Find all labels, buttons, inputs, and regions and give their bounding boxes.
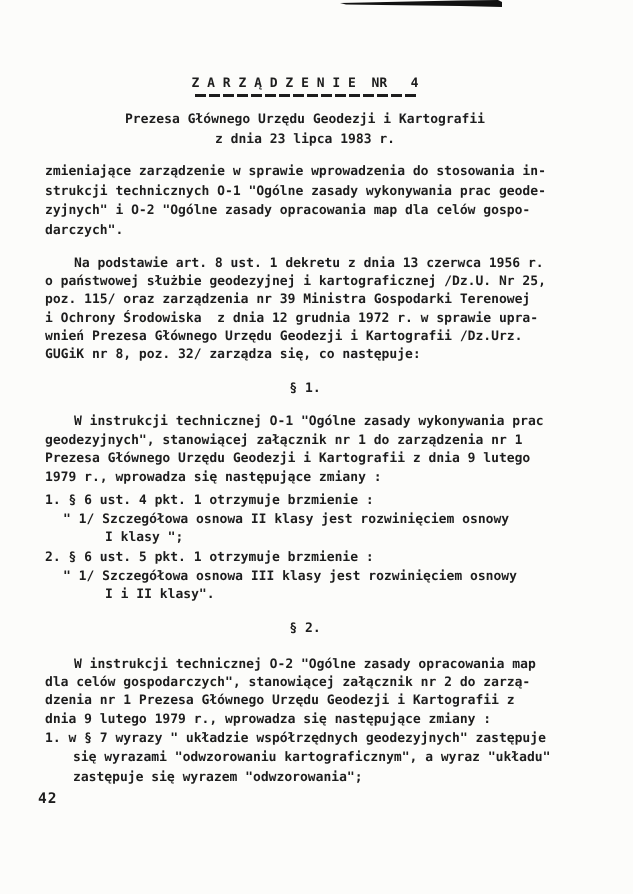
text-line: i Ochrony Środowiska z dnia 12 grudnia 1… [45,310,590,328]
text-line: I klasy "; [45,529,590,548]
text-line: poz. 115/ oraz zarządzenia nr 39 Ministr… [45,291,590,309]
text-line: zmieniające zarządzenie w sprawie wprowa… [45,162,590,182]
text-line: Prezesa Głównego Urzędu Geodezji i Karto… [45,450,590,469]
text-line: dla celów gospodarczych", stanowiącej za… [45,674,590,692]
text-line: zyjnych" i O-2 "Ogólne zasady opracowani… [45,201,590,221]
document-page: Z A R Z Ą D Z E N I E NR 4 Prezesa Główn… [0,0,633,894]
text-line: 1. § 6 ust. 4 pkt. 1 otrzymuje brzmienie… [45,492,590,511]
section-2-item-1: 1. w § 7 wyrazy " układzie współrzędnych… [45,729,590,787]
section-1-body: W instrukcji technicznej O-1 "Ogólne zas… [45,413,590,487]
text-line: 1. w § 7 wyrazy " układzie współrzędnych… [45,729,590,748]
text-line: wnień Prezesa Głównego Urzędu Geodezji i… [45,328,590,346]
text-line: geodezyjnych", stanowiącej załącznik nr … [45,432,590,451]
text-line: o państwowej służbie geodezyjnej i karto… [45,273,590,291]
text-line: zastępuje się wyrazem "odwzorowania"; [45,768,590,787]
text-line: W instrukcji technicznej O-2 "Ogólne zas… [45,656,590,674]
text-line: " 1/ Szczegółowa osnowa III klasy jest r… [45,568,590,587]
section-1-item-1: 1. § 6 ust. 4 pkt. 1 otrzymuje brzmienie… [45,492,590,548]
section-1-heading: § 1. [40,381,570,396]
document-date: z dnia 23 lipca 1983 r. [40,132,570,148]
text-line: W instrukcji technicznej O-1 "Ogólne zas… [45,413,590,432]
text-line: dnia 9 lutego 1979 r., wprowadza się nas… [45,711,590,729]
text-line: dzenia nr 1 Prezesa Głównego Urzędu Geod… [45,692,590,710]
text-line: " 1/ Szczegółowa osnowa II klasy jest ro… [45,511,590,530]
document-issuer: Prezesa Głównego Urzędu Geodezji i Karto… [40,112,570,128]
text-line: GUGiK nr 8, poz. 32/ zarządza się, co na… [45,346,590,364]
scan-artifact [340,0,505,9]
document-title: Z A R Z Ą D Z E N I E NR 4 [40,76,570,92]
text-line: się wyrazami "odwzorowaniu kartograficzn… [45,748,590,767]
legal-basis-paragraph: Na podstawie art. 8 ust. 1 dekretu z dni… [45,255,590,364]
text-line: strukcji technicznych O-1 "Ogólne zasady… [45,182,590,202]
subject-paragraph: zmieniające zarządzenie w sprawie wprowa… [45,162,590,241]
text-line: 2. § 6 ust. 5 pkt. 1 otrzymuje brzmienie… [45,549,590,568]
text-line: 1979 r., wprowadza się następujące zmian… [45,469,590,488]
section-2-body: W instrukcji technicznej O-2 "Ogólne zas… [45,656,590,729]
document-header: Z A R Z Ą D Z E N I E NR 4 Prezesa Główn… [40,76,570,148]
text-line: darczych". [45,221,590,241]
section-1-item-2: 2. § 6 ust. 5 pkt. 1 otrzymuje brzmienie… [45,549,590,605]
text-line: Na podstawie art. 8 ust. 1 dekretu z dni… [45,255,590,273]
title-underline [195,94,416,97]
section-2-heading: § 2. [40,621,570,636]
page-number: 42 [38,791,57,807]
text-line: I i II klasy". [45,586,590,605]
